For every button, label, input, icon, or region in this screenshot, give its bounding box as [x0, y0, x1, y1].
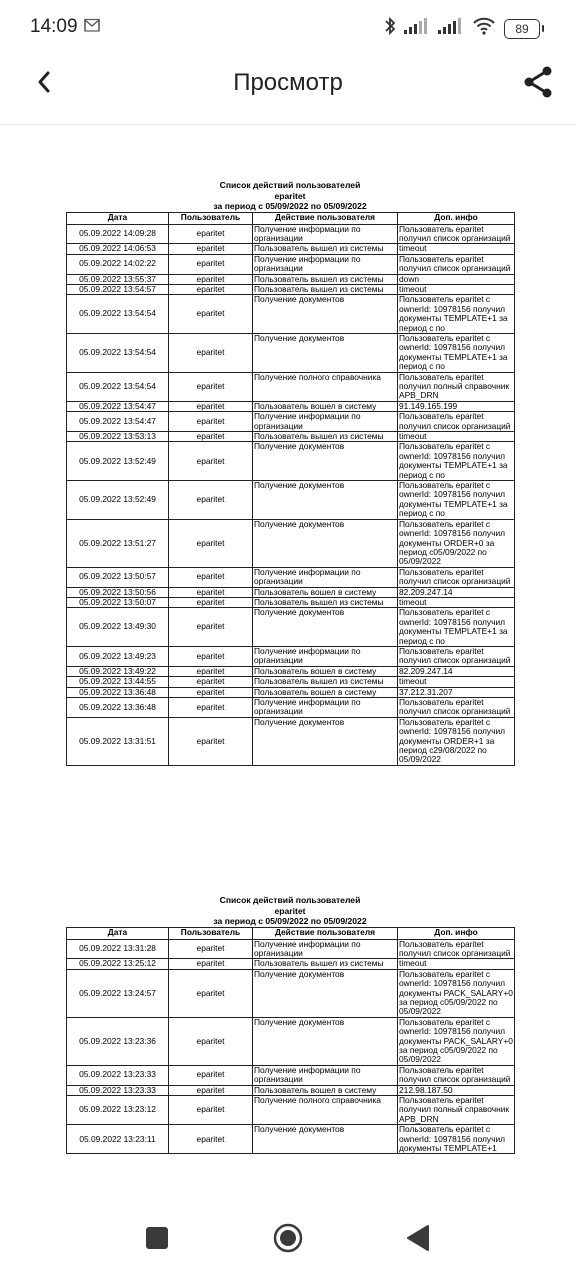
cell-user: eparitet [169, 284, 253, 294]
table-row: 05.09.2022 13:24:57eparitetПолучение док… [67, 969, 515, 1017]
table-body: 05.09.2022 13:31:28eparitetПолучение инф… [67, 939, 515, 1154]
cell-action: Пользователь вышел из системы [253, 432, 398, 442]
cell-action: Получение информации по организации [253, 646, 398, 666]
battery-indicator: 89 [504, 19, 540, 39]
table-row: 05.09.2022 13:54:47eparitetПользователь … [67, 401, 515, 411]
cell-date: 05.09.2022 13:31:28 [67, 939, 169, 959]
table-row: 05.09.2022 13:54:54eparitetПолучение док… [67, 295, 515, 334]
cell-user: eparitet [169, 597, 253, 607]
table-header: ДатаПользовательДействие пользователяДоп… [67, 212, 515, 224]
cell-date: 05.09.2022 13:52:49 [67, 481, 169, 520]
cell-info: 212.98.187.50 [398, 1085, 515, 1095]
cell-date: 05.09.2022 13:49:30 [67, 608, 169, 647]
table-row: 05.09.2022 13:55:37eparitetПользователь … [67, 274, 515, 284]
cell-date: 05.09.2022 13:54:57 [67, 284, 169, 294]
cell-user: eparitet [169, 254, 253, 274]
cell-action: Получение документов [253, 1017, 398, 1065]
table-row: 05.09.2022 13:23:12eparitetПолучение пол… [67, 1096, 515, 1125]
cell-info: Пользователь eparitet получил список орг… [398, 698, 515, 718]
table-row: 05.09.2022 13:36:48eparitetПользователь … [67, 687, 515, 697]
cell-info: timeout [398, 597, 515, 607]
table-row: 05.09.2022 13:31:28eparitetПолучение инф… [67, 939, 515, 959]
cell-user: eparitet [169, 401, 253, 411]
cell-user: eparitet [169, 333, 253, 372]
cell-info: Пользователь eparitet с ownerId: 1097815… [398, 1017, 515, 1065]
cell-date: 05.09.2022 13:50:57 [67, 567, 169, 587]
cell-date: 05.09.2022 13:36:48 [67, 698, 169, 718]
cell-date: 05.09.2022 13:54:54 [67, 372, 169, 401]
table-row: 05.09.2022 13:53:13eparitetПользователь … [67, 432, 515, 442]
cell-action: Пользователь вышел из системы [253, 244, 398, 254]
cell-date: 05.09.2022 13:54:54 [67, 333, 169, 372]
table-row: 05.09.2022 13:54:54eparitetПолучение пол… [67, 372, 515, 401]
column-header: Пользователь [169, 212, 253, 224]
cell-action: Получение полного справочника [253, 372, 398, 401]
cell-date: 05.09.2022 14:09:28 [67, 224, 169, 244]
cell-user: eparitet [169, 481, 253, 520]
table-row: 05.09.2022 13:49:22eparitetПользователь … [67, 666, 515, 676]
report-user: eparitet [66, 191, 514, 202]
cell-user: eparitet [169, 567, 253, 587]
table-body: 05.09.2022 14:09:28eparitetПолучение инф… [67, 224, 515, 765]
actions-table: ДатаПользовательДействие пользователяДоп… [66, 927, 515, 1155]
cell-user: eparitet [169, 274, 253, 284]
cell-info: Пользователь eparitet получил список орг… [398, 567, 515, 587]
cell-date: 05.09.2022 13:44:55 [67, 677, 169, 687]
cell-action: Получение документов [253, 717, 398, 765]
cell-info: 91.149.165.199 [398, 401, 515, 411]
cell-info: Пользователь eparitet с ownerId: 1097815… [398, 295, 515, 334]
cell-user: eparitet [169, 1096, 253, 1125]
table-row: 05.09.2022 13:23:36eparitetПолучение док… [67, 1017, 515, 1065]
cell-action: Получение полного справочника [253, 1096, 398, 1125]
report-period: за период с 05/09/2022 по 05/09/2022 [66, 916, 514, 927]
table-header: ДатаПользовательДействие пользователяДоп… [67, 927, 515, 939]
cell-action: Пользователь вышел из системы [253, 284, 398, 294]
cell-action: Пользователь вышел из системы [253, 959, 398, 969]
table-row: 05.09.2022 14:06:53eparitetПользователь … [67, 244, 515, 254]
cell-date: 05.09.2022 13:23:11 [67, 1125, 169, 1154]
home-button[interactable] [270, 1222, 306, 1258]
cell-user: eparitet [169, 1017, 253, 1065]
cell-info: Пользователь eparitet с ownerId: 1097815… [398, 969, 515, 1017]
table-row: 05.09.2022 13:50:57eparitetПолучение инф… [67, 567, 515, 587]
recents-button[interactable] [139, 1222, 175, 1258]
table-row: 05.09.2022 13:51:27eparitetПолучение док… [67, 519, 515, 567]
cell-date: 05.09.2022 13:36:48 [67, 687, 169, 697]
cell-info: timeout [398, 677, 515, 687]
signal-icon [438, 18, 464, 39]
column-header: Доп. инфо [398, 927, 515, 939]
cell-date: 05.09.2022 13:50:07 [67, 597, 169, 607]
column-header: Действие пользователя [253, 212, 398, 224]
cell-action: Пользователь вошел в систему [253, 666, 398, 676]
cell-user: eparitet [169, 1125, 253, 1154]
report-title: Список действий пользователей [66, 180, 514, 191]
cell-action: Получение информации по организации [253, 567, 398, 587]
share-button[interactable] [518, 64, 558, 104]
cell-date: 05.09.2022 13:54:47 [67, 412, 169, 432]
cell-date: 05.09.2022 13:24:57 [67, 969, 169, 1017]
signal-icon [404, 18, 430, 39]
cell-info: Пользователь eparitet с ownerId: 1097815… [398, 442, 515, 481]
report-period: за период с 05/09/2022 по 05/09/2022 [66, 201, 514, 212]
table-row: 05.09.2022 13:52:49eparitetПолучение док… [67, 481, 515, 520]
cell-info: Пользователь eparitet получил список орг… [398, 224, 515, 244]
table-row: 05.09.2022 13:52:49eparitetПолучение док… [67, 442, 515, 481]
cell-info: Пользователь eparitet с ownerId: 1097815… [398, 519, 515, 567]
cell-info: Пользователь eparitet с ownerId: 1097815… [398, 608, 515, 647]
cell-action: Пользователь вошел в систему [253, 1085, 398, 1095]
cell-date: 05.09.2022 13:23:33 [67, 1085, 169, 1095]
cell-date: 05.09.2022 13:49:23 [67, 646, 169, 666]
cell-info: 82.209.247.14 [398, 587, 515, 597]
cell-action: Пользователь вышел из системы [253, 597, 398, 607]
cell-date: 05.09.2022 13:55:37 [67, 274, 169, 284]
cell-action: Получение документов [253, 333, 398, 372]
pdf-page-2: Список действий пользователей eparitet з… [66, 895, 514, 1154]
column-header: Действие пользователя [253, 927, 398, 939]
cell-date: 05.09.2022 13:53:13 [67, 432, 169, 442]
cell-action: Получение информации по организации [253, 1065, 398, 1085]
cell-user: eparitet [169, 608, 253, 647]
cell-info: timeout [398, 959, 515, 969]
cell-action: Получение документов [253, 481, 398, 520]
cell-user: eparitet [169, 224, 253, 244]
cell-action: Получение документов [253, 519, 398, 567]
cell-user: eparitet [169, 939, 253, 959]
cell-action: Получение информации по организации [253, 698, 398, 718]
cell-action: Пользователь вышел из системы [253, 274, 398, 284]
cell-date: 05.09.2022 14:06:53 [67, 244, 169, 254]
table-row: 05.09.2022 13:50:07eparitetПользователь … [67, 597, 515, 607]
pdf-page-1: Список действий пользователей eparitet з… [66, 180, 514, 766]
system-nav-bar [0, 1200, 576, 1280]
cell-action: Получение информации по организации [253, 939, 398, 959]
table-row: 05.09.2022 13:54:47eparitetПолучение инф… [67, 412, 515, 432]
table-row: 05.09.2022 13:23:33eparitetПользователь … [67, 1085, 515, 1095]
cell-action: Пользователь вышел из системы [253, 677, 398, 687]
cell-date: 05.09.2022 13:25:12 [67, 959, 169, 969]
cell-user: eparitet [169, 1065, 253, 1085]
cell-user: eparitet [169, 1085, 253, 1095]
table-row: 05.09.2022 13:25:12eparitetПользователь … [67, 959, 515, 969]
cell-date: 05.09.2022 13:51:27 [67, 519, 169, 567]
cell-action: Пользователь вошел в систему [253, 401, 398, 411]
cell-info: 37.212.31.207 [398, 687, 515, 697]
report-title: Список действий пользователей [66, 895, 514, 906]
report-user: eparitet [66, 906, 514, 917]
table-row: 05.09.2022 13:31:51eparitetПолучение док… [67, 717, 515, 765]
cell-action: Получение документов [253, 608, 398, 647]
cell-info: Пользователь eparitet с ownerId: 1097815… [398, 717, 515, 765]
cell-date: 05.09.2022 13:54:54 [67, 295, 169, 334]
app-bar: Просмотр [0, 56, 576, 125]
cell-user: eparitet [169, 959, 253, 969]
back-nav-button[interactable] [400, 1222, 436, 1258]
table-row: 05.09.2022 13:54:57eparitetПользователь … [67, 284, 515, 294]
cell-info: Пользователь eparitet получил полный спр… [398, 372, 515, 401]
cell-info: timeout [398, 432, 515, 442]
square-icon [146, 1227, 168, 1254]
table-row: 05.09.2022 13:44:55eparitetПользователь … [67, 677, 515, 687]
cell-user: eparitet [169, 717, 253, 765]
cell-info: Пользователь eparitet получил полный спр… [398, 1096, 515, 1125]
cell-info: 82.209.247.14 [398, 666, 515, 676]
share-icon [523, 66, 553, 103]
cell-action: Пользователь вошел в систему [253, 587, 398, 597]
status-icons: 89 [384, 16, 540, 41]
cell-user: eparitet [169, 677, 253, 687]
actions-table: ДатаПользовательДействие пользователяДоп… [66, 212, 515, 766]
table-row: 05.09.2022 13:36:48eparitetПолучение инф… [67, 698, 515, 718]
cell-user: eparitet [169, 442, 253, 481]
cell-info: Пользователь eparitet получил список орг… [398, 1065, 515, 1085]
cell-date: 05.09.2022 13:52:49 [67, 442, 169, 481]
cell-action: Получение информации по организации [253, 224, 398, 244]
triangle-back-icon [407, 1225, 429, 1256]
cell-action: Пользователь вошел в систему [253, 687, 398, 697]
table-row: 05.09.2022 13:49:30eparitetПолучение док… [67, 608, 515, 647]
cell-date: 05.09.2022 13:50:56 [67, 587, 169, 597]
cell-info: Пользователь eparitet получил список орг… [398, 646, 515, 666]
cell-user: eparitet [169, 587, 253, 597]
table-row: 05.09.2022 14:02:22eparitetПолучение инф… [67, 254, 515, 274]
column-header: Дата [67, 927, 169, 939]
column-header: Пользователь [169, 927, 253, 939]
cell-user: eparitet [169, 412, 253, 432]
column-header: Дата [67, 212, 169, 224]
cell-action: Получение информации по организации [253, 254, 398, 274]
cell-info: Пользователь eparitet получил список орг… [398, 939, 515, 959]
cell-action: Получение документов [253, 1125, 398, 1154]
cell-user: eparitet [169, 698, 253, 718]
cell-info: timeout [398, 244, 515, 254]
cell-action: Получение информации по организации [253, 412, 398, 432]
cell-info: Пользователь eparitet с ownerId: 1097815… [398, 481, 515, 520]
cell-user: eparitet [169, 295, 253, 334]
cell-user: eparitet [169, 666, 253, 676]
cell-date: 05.09.2022 13:31:51 [67, 717, 169, 765]
cell-date: 05.09.2022 13:54:47 [67, 401, 169, 411]
cell-user: eparitet [169, 432, 253, 442]
cell-action: Получение документов [253, 295, 398, 334]
table-row: 05.09.2022 13:50:56eparitetПользователь … [67, 587, 515, 597]
cell-info: Пользователь eparitet с ownerId: 1097815… [398, 1125, 515, 1154]
document-viewer[interactable]: Список действий пользователей eparitet з… [0, 125, 576, 1200]
table-row: 05.09.2022 13:23:11eparitetПолучение док… [67, 1125, 515, 1154]
cell-info: Пользователь eparitet получил список орг… [398, 412, 515, 432]
table-row: 05.09.2022 13:49:23eparitetПолучение инф… [67, 646, 515, 666]
gmail-icon [84, 18, 100, 36]
status-bar: 14:09 89 [0, 0, 576, 56]
cell-action: Получение документов [253, 442, 398, 481]
cell-info: Пользователь eparitet получил список орг… [398, 254, 515, 274]
cell-user: eparitet [169, 969, 253, 1017]
cell-info: Пользователь eparitet с ownerId: 1097815… [398, 333, 515, 372]
wifi-icon [472, 17, 496, 40]
cell-user: eparitet [169, 687, 253, 697]
cell-date: 05.09.2022 13:23:36 [67, 1017, 169, 1065]
home-circle-icon [273, 1223, 303, 1258]
column-header: Доп. инфо [398, 212, 515, 224]
cell-info: down [398, 274, 515, 284]
cell-info: timeout [398, 284, 515, 294]
table-row: 05.09.2022 13:54:54eparitetПолучение док… [67, 333, 515, 372]
cell-date: 05.09.2022 14:02:22 [67, 254, 169, 274]
cell-user: eparitet [169, 244, 253, 254]
cell-date: 05.09.2022 13:23:33 [67, 1065, 169, 1085]
cell-user: eparitet [169, 519, 253, 567]
status-time: 14:09 [30, 16, 78, 38]
table-row: 05.09.2022 13:23:33eparitetПолучение инф… [67, 1065, 515, 1085]
bluetooth-icon [384, 16, 396, 41]
cell-user: eparitet [169, 646, 253, 666]
cell-action: Получение документов [253, 969, 398, 1017]
page-title: Просмотр [0, 69, 576, 97]
cell-date: 05.09.2022 13:23:12 [67, 1096, 169, 1125]
table-row: 05.09.2022 14:09:28eparitetПолучение инф… [67, 224, 515, 244]
cell-date: 05.09.2022 13:49:22 [67, 666, 169, 676]
cell-user: eparitet [169, 372, 253, 401]
